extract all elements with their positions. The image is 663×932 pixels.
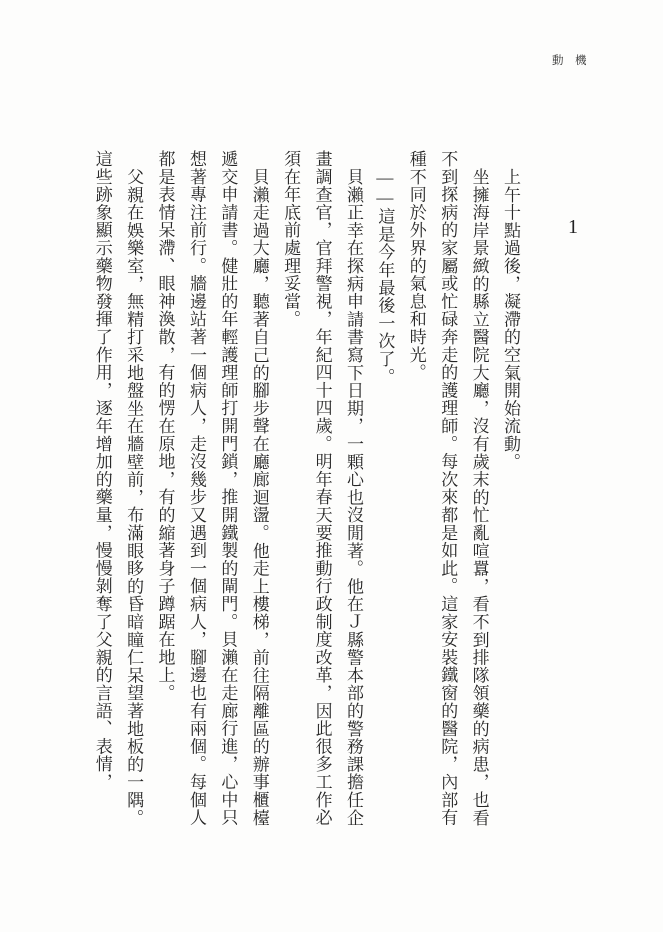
- body-paragraph: 上午十點過後，凝滯的空氣開始流動。: [495, 150, 526, 828]
- vertical-text-block: 上午十點過後，凝滯的空氣開始流動。 坐擁海岸景緻的縣立醫院大廳，沒有歲末的忙亂喧…: [86, 150, 526, 828]
- section-number: 1: [568, 216, 578, 239]
- running-head-chapter-title: 動 機: [552, 52, 587, 68]
- body-paragraph: 坐擁海岸景緻的縣立醫院大廳，沒有歲末的忙亂喧囂，看不到排隊領藥的病患，也看不到探…: [400, 150, 494, 828]
- body-paragraph: 貝瀨走過大廳，聽著自己的腳步聲在廳廊迴盪。他走上樓梯，前往隔離區的辦事櫃檯遞交申…: [149, 150, 275, 828]
- body-paragraph: 貝瀨正幸在探病申請書寫下日期，一顆心也沒閒著。他在Ｊ縣警本部的警務課擔任企畫調查…: [275, 150, 369, 828]
- body-paragraph: 父親在娛樂室，無精打采地盤坐在牆壁前，布滿眼眵的昏暗瞳仁呆望著地板的一隅。這些跡…: [86, 150, 149, 828]
- book-page: 動 機 1 上午十點過後，凝滯的空氣開始流動。 坐擁海岸景緻的縣立醫院大廳，沒有…: [0, 0, 663, 932]
- body-paragraph: ——這是今年最後一次了。: [369, 150, 400, 828]
